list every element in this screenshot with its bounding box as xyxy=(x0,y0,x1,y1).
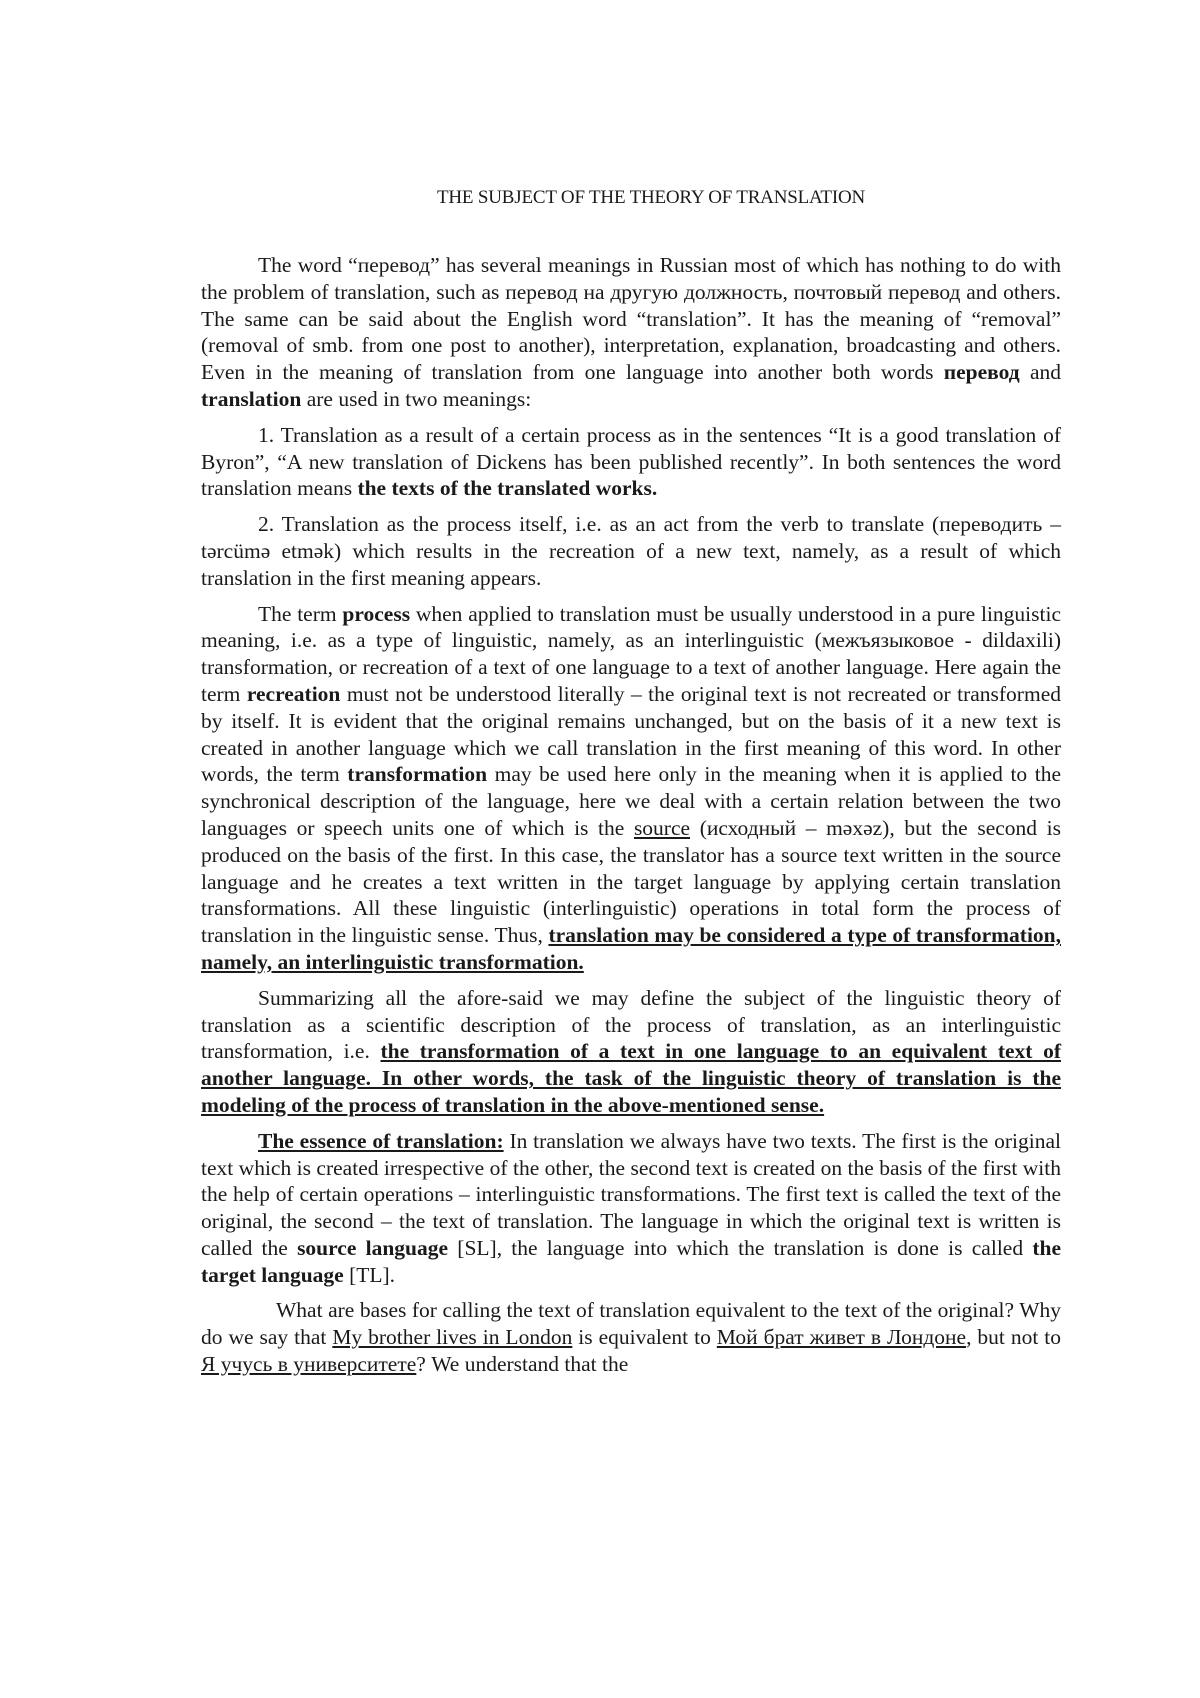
bold-term-perevod: перевод xyxy=(944,360,1020,384)
document-title: THE SUBJECT OF THE THEORY OF TRANSLATION xyxy=(201,186,1061,210)
bold-term-transformation: transformation xyxy=(347,762,487,786)
text-run: and xyxy=(1020,360,1061,384)
section-heading-essence: The essence of translation: xyxy=(258,1129,504,1153)
document-page: THE SUBJECT OF THE THEORY OF TRANSLATION… xyxy=(0,0,1200,1698)
text-run: are used in two meanings: xyxy=(301,387,531,411)
bold-term-translation: translation xyxy=(201,387,301,411)
document-body: THE SUBJECT OF THE THEORY OF TRANSLATION… xyxy=(201,186,1061,1387)
text-run: The word “перевод” has several meanings … xyxy=(201,253,1061,384)
underlined-example-russian-nonequivalent: Я учусь в университете xyxy=(201,1352,416,1376)
bold-phrase-translated-works: the texts of the translated works. xyxy=(357,476,657,500)
text-run: ? We understand that the xyxy=(416,1352,628,1376)
paragraph-meaning-2: 2. Translation as the process itself, i.… xyxy=(201,511,1061,591)
text-run: [SL], the language into which the transl… xyxy=(448,1236,1032,1260)
bold-term-process: process xyxy=(342,602,410,626)
paragraph-word-meanings: The word “перевод” has several meanings … xyxy=(201,252,1061,413)
text-run: 2. Translation as the process itself, i.… xyxy=(201,512,1061,590)
underlined-term-source: source xyxy=(634,816,690,840)
bold-term-recreation: recreation xyxy=(247,682,341,706)
bold-term-source-language: source language xyxy=(297,1236,448,1260)
text-run: The term xyxy=(258,602,342,626)
underlined-example-english: My brother lives in London xyxy=(332,1325,572,1349)
paragraph-process: The term process when applied to transla… xyxy=(201,601,1061,976)
text-run: is equivalent to xyxy=(572,1325,716,1349)
text-run: [TL]. xyxy=(344,1263,395,1287)
paragraph-essence: The essence of translation: In translati… xyxy=(201,1128,1061,1289)
text-run: , but not to xyxy=(966,1325,1061,1349)
paragraph-summary: Summarizing all the afore-said we may de… xyxy=(201,985,1061,1119)
paragraph-equivalence: What are bases for calling the text of t… xyxy=(201,1297,1061,1377)
underlined-example-russian-equivalent: Мой брат живет в Лондоне xyxy=(717,1325,966,1349)
paragraph-meaning-1: 1. Translation as a result of a certain … xyxy=(201,422,1061,502)
